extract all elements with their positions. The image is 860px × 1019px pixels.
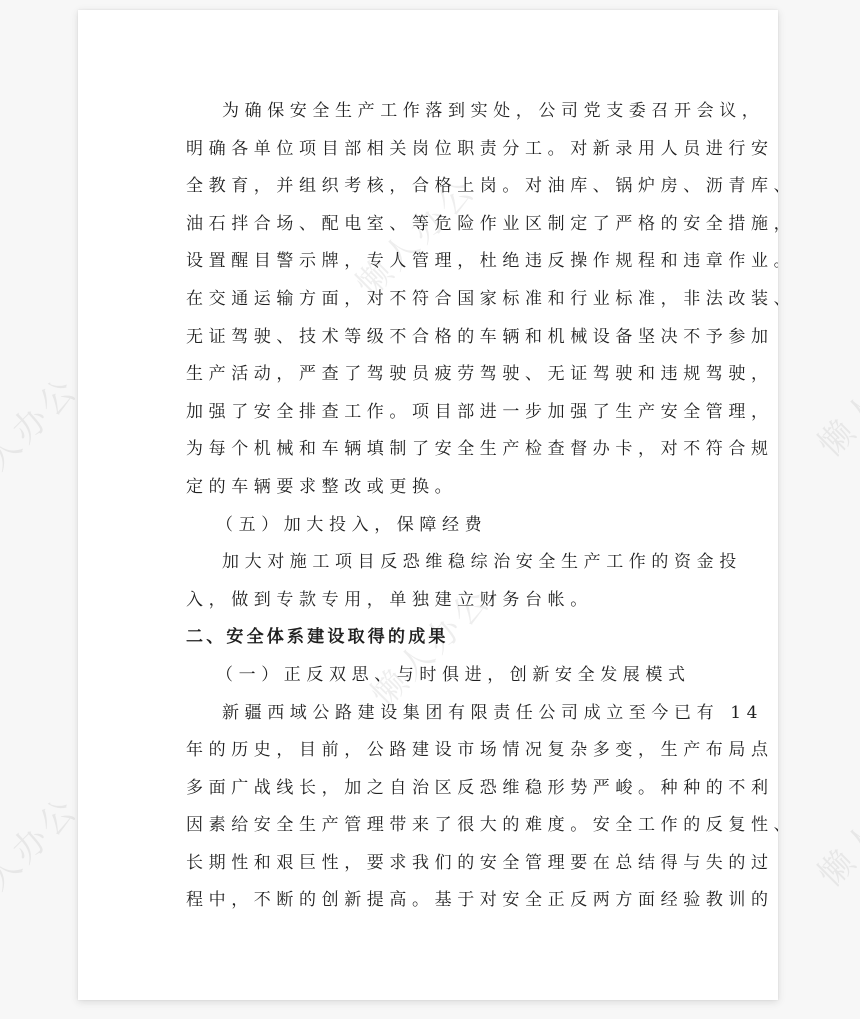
text-line: 全教育，并组织考核，合格上岗。对油库、锅炉房、沥青库、 (186, 168, 676, 206)
text-line: 生产活动，严查了驾驶员疲劳驾驶、无证驾驶和违规驾驶， (186, 356, 676, 394)
text-line: 设置醒目警示牌，专人管理，杜绝违反操作规程和违章作业。 (186, 243, 676, 281)
subheading-innovation: （一）正反双思、与时俱进，创新安全发展模式 (186, 657, 676, 695)
text-line: 油石拌合场、配电室、等危险作业区制定了严格的安全措施， (186, 206, 676, 244)
text-line: 新疆西域公路建设集团有限责任公司成立至今已有 14 (186, 695, 676, 733)
document-page: 懒人办公 懒人办公 为确保安全生产工作落到实处，公司党支委召开会议， 明确各单位… (78, 10, 778, 1000)
text-line: 程中，不断的创新提高。基于对安全正反两方面经验教训的 (186, 882, 676, 920)
subheading-funding: （五）加大投入，保障经费 (186, 507, 676, 545)
text-line: 无证驾驶、技术等级不合格的车辆和机械设备坚决不予参加 (186, 319, 676, 357)
watermark-left-lower: 懒人办公 (0, 783, 87, 925)
text-line: 在交通运输方面，对不符合国家标准和行业标准，非法改装、 (186, 281, 676, 319)
document-viewer: 懒人办公 懒人办公 懒人办公 懒人办公 懒人办公 懒人办公 为确保安全生产工作落… (0, 0, 860, 1019)
text-line: 明确各单位项目部相关岗位职责分工。对新录用人员进行安 (186, 131, 676, 169)
text-line: 多面广战线长，加之自治区反恐维稳形势严峻。种种的不利 (186, 770, 676, 808)
section-heading-achievements: 二、安全体系建设取得的成果 (186, 619, 676, 657)
paragraph-safety-measures: 为确保安全生产工作落到实处，公司党支委召开会议， 明确各单位项目部相关岗位职责分… (186, 93, 676, 507)
watermark-left-upper: 懒人办公 (0, 363, 87, 505)
text-line: 入，做到专款专用，单独建立财务台帐。 (186, 582, 676, 620)
watermark-right-upper: 懒人办公 (805, 323, 860, 465)
text-line: 为确保安全生产工作落到实处，公司党支委召开会议， (186, 93, 676, 131)
paragraph-company-history: 新疆西域公路建设集团有限责任公司成立至今已有 14 年的历史，目前，公路建设市场… (186, 695, 676, 921)
document-body: 为确保安全生产工作落到实处，公司党支委召开会议， 明确各单位项目部相关岗位职责分… (186, 93, 676, 920)
text-line: 定的车辆要求整改或更换。 (186, 469, 676, 507)
watermark-right-lower: 懒人办公 (805, 753, 860, 895)
text-line: 因素给安全生产管理带来了很大的难度。安全工作的反复性、 (186, 807, 676, 845)
text-line: 为每个机械和车辆填制了安全生产检查督办卡，对不符合规 (186, 431, 676, 469)
text-line: 加大对施工项目反恐维稳综治安全生产工作的资金投 (186, 544, 676, 582)
text-line: 长期性和艰巨性，要求我们的安全管理要在总结得与失的过 (186, 845, 676, 883)
text-line: 年的历史，目前，公路建设市场情况复杂多变，生产布局点 (186, 732, 676, 770)
paragraph-funding: 加大对施工项目反恐维稳综治安全生产工作的资金投 入，做到专款专用，单独建立财务台… (186, 544, 676, 619)
text-line: 加强了安全排查工作。项目部进一步加强了生产安全管理， (186, 394, 676, 432)
